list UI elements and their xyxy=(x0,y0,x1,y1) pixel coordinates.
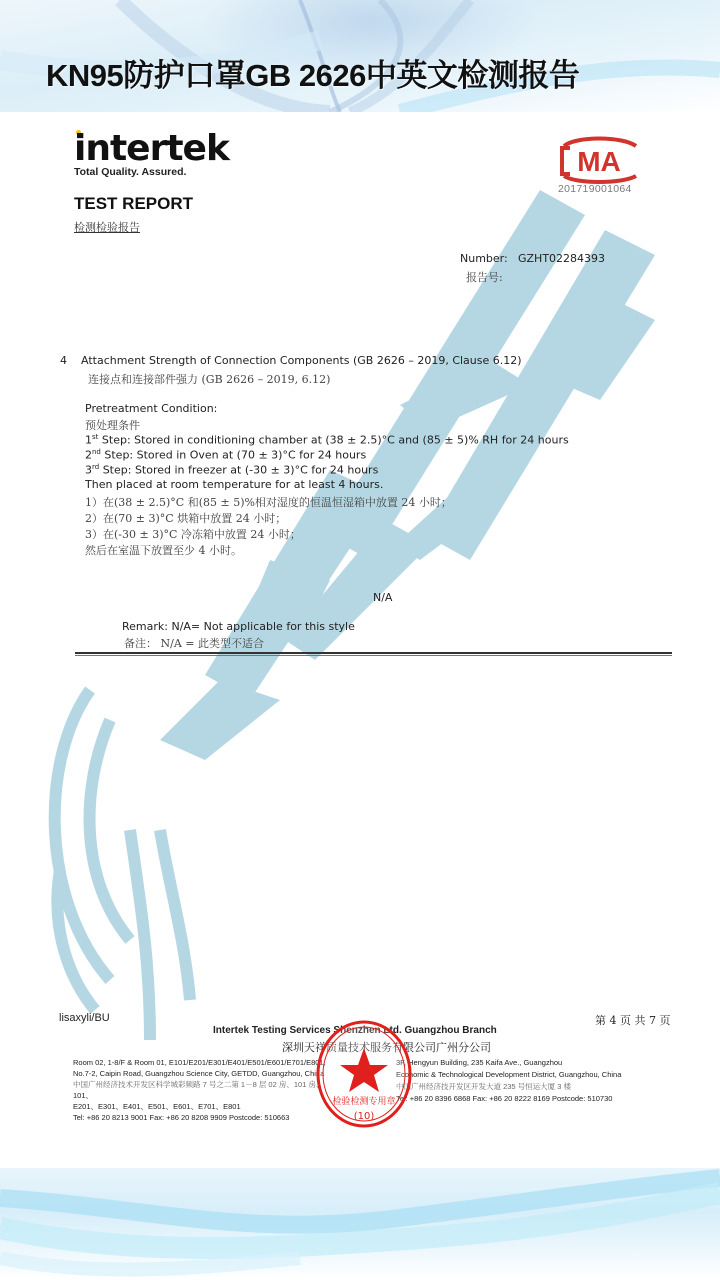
step-3-cn: 3）在(-30 ± 3)°C 冷冻箱中放置 24 小时； xyxy=(85,526,301,542)
author-code: lisaxyli/BU xyxy=(59,1012,110,1024)
then-text-cn: 然后在室温下放置至少 4 小时。 xyxy=(85,542,242,558)
divider xyxy=(75,655,672,656)
step-3: 3rd Step: Stored in freezer at (-30 ± 3)… xyxy=(85,463,378,477)
then-text: Then placed at room temperature for at l… xyxy=(85,478,383,491)
svg-text:MA: MA xyxy=(577,146,621,177)
section-title-cn: 连接点和连接部件强力 (GB 2626 – 2019, 6.12) xyxy=(88,371,330,387)
report-title-cn: 检测检验报告 xyxy=(74,219,140,235)
pretreatment-label: Pretreatment Condition: xyxy=(85,402,217,415)
report-page xyxy=(8,112,712,1168)
report-number-label: Number: xyxy=(460,252,508,265)
intertek-logo: intertek xyxy=(74,128,229,169)
step-2-cn: 2）在(70 ± 3)°C 烘箱中放置 24 小时； xyxy=(85,510,286,526)
report-title: TEST REPORT xyxy=(74,194,193,214)
svg-text:(10): (10) xyxy=(354,1111,375,1122)
bottom-banner xyxy=(0,1168,720,1280)
address-right: 3F, Hengyun Building, 235 Kaifa Ave., Gu… xyxy=(396,1057,621,1105)
company-seal-icon: 检验检测专用章 (10) xyxy=(314,1018,414,1130)
section-index: 4 xyxy=(60,354,67,367)
section-title: Attachment Strength of Connection Compon… xyxy=(81,354,522,367)
wave-decoration xyxy=(0,1168,720,1280)
remark: Remark: N/A= Not applicable for this sty… xyxy=(122,620,355,633)
pretreatment-label-cn: 预处理条件 xyxy=(85,417,140,433)
result-value: N/A xyxy=(373,591,392,604)
step-2: 2nd Step: Stored in Oven at (70 ± 3)°C f… xyxy=(85,448,366,462)
step-1-cn: 1）在(38 ± 2.5)°C 和(85 ± 5)%相对湿度的恒温恒湿箱中放置 … xyxy=(85,494,452,510)
divider xyxy=(75,652,672,654)
svg-text:检验检测专用章: 检验检测专用章 xyxy=(332,1095,395,1107)
cma-number: 201719001064 xyxy=(558,183,632,195)
banner-title: KN95防护口罩GB 2626中英文检测报告 xyxy=(46,50,579,95)
address-left: Room 02, 1-8/F & Room 01, E101/E201/E301… xyxy=(73,1057,326,1123)
step-1: 1st Step: Stored in conditioning chamber… xyxy=(85,433,569,447)
report-number-label-cn: 报告号: xyxy=(466,269,503,285)
logo-tagline: Total Quality. Assured. xyxy=(74,166,186,178)
report-number-value: GZHT02284393 xyxy=(518,252,605,265)
page-indicator: 第 4 页 共 7 页 xyxy=(595,1012,670,1028)
remark-cn: 备注： N/A = 此类型不适合 xyxy=(124,635,264,651)
